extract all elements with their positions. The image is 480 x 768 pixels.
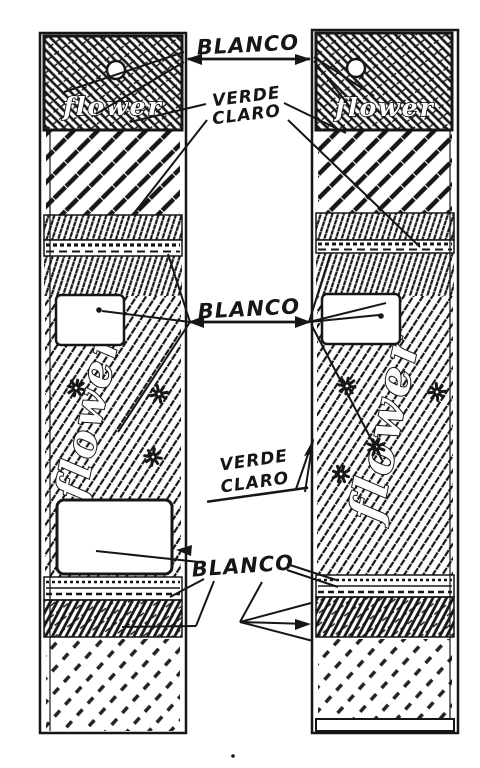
arrowhead-right-icon <box>295 619 311 630</box>
leader-dot <box>96 307 102 313</box>
packaging-color-spec-diagram: flower flower <box>0 0 480 768</box>
right-dense-band <box>316 253 454 296</box>
callout-blanco-top: BLANCO <box>196 30 300 59</box>
right-striped-band <box>316 240 454 253</box>
left-dense-band <box>44 256 182 296</box>
right-light-green-panel-top <box>318 131 452 213</box>
left-top-label-box: flower <box>44 36 182 130</box>
left-strip: flower flower <box>40 33 186 733</box>
callout-blanco-middle: BLANCO <box>197 294 301 323</box>
left-light-green-panel-top <box>46 131 180 215</box>
arrowhead-right-icon <box>295 54 311 65</box>
callout-blanco-bottom: BLANCO <box>191 550 295 581</box>
print-speck <box>231 754 235 758</box>
right-bottom-strip <box>316 719 454 731</box>
callout-verde-claro-top: VERDE CLARO <box>209 83 284 129</box>
right-dark-band-texture <box>316 597 454 637</box>
right-white-dot <box>347 59 365 77</box>
leader-dot <box>378 313 384 319</box>
right-top-flower-wordmark: flower <box>333 93 435 122</box>
scanned-packaging-diagram-page: flower flower <box>0 0 480 768</box>
left-striped-band <box>44 240 182 256</box>
left-hatched-band <box>44 215 182 240</box>
left-striped-band-bg <box>44 240 182 256</box>
left-top-flower-wordmark: flower <box>61 92 163 121</box>
left-small-white-panel <box>56 295 124 345</box>
right-strip: flower flower <box>312 30 458 733</box>
leader-line <box>122 626 196 627</box>
leader-line <box>196 581 214 626</box>
right-striped-band-bg <box>316 240 454 253</box>
right-bottom-light-panel <box>318 639 452 719</box>
right-hatched-band <box>316 213 454 240</box>
left-large-white-panel <box>57 500 172 574</box>
left-bottom-light-panel <box>46 639 180 731</box>
callouts: BLANCO VERDE CLARO BLANCO VERDE CLARO BL… <box>191 30 308 581</box>
callout-verde-claro-bottom: VERDE CLARO <box>201 444 308 502</box>
right-top-label-box: flower <box>316 33 452 130</box>
left-dark-band-texture <box>44 600 182 637</box>
leader-line <box>240 603 311 622</box>
left-thin-bands <box>44 577 182 600</box>
